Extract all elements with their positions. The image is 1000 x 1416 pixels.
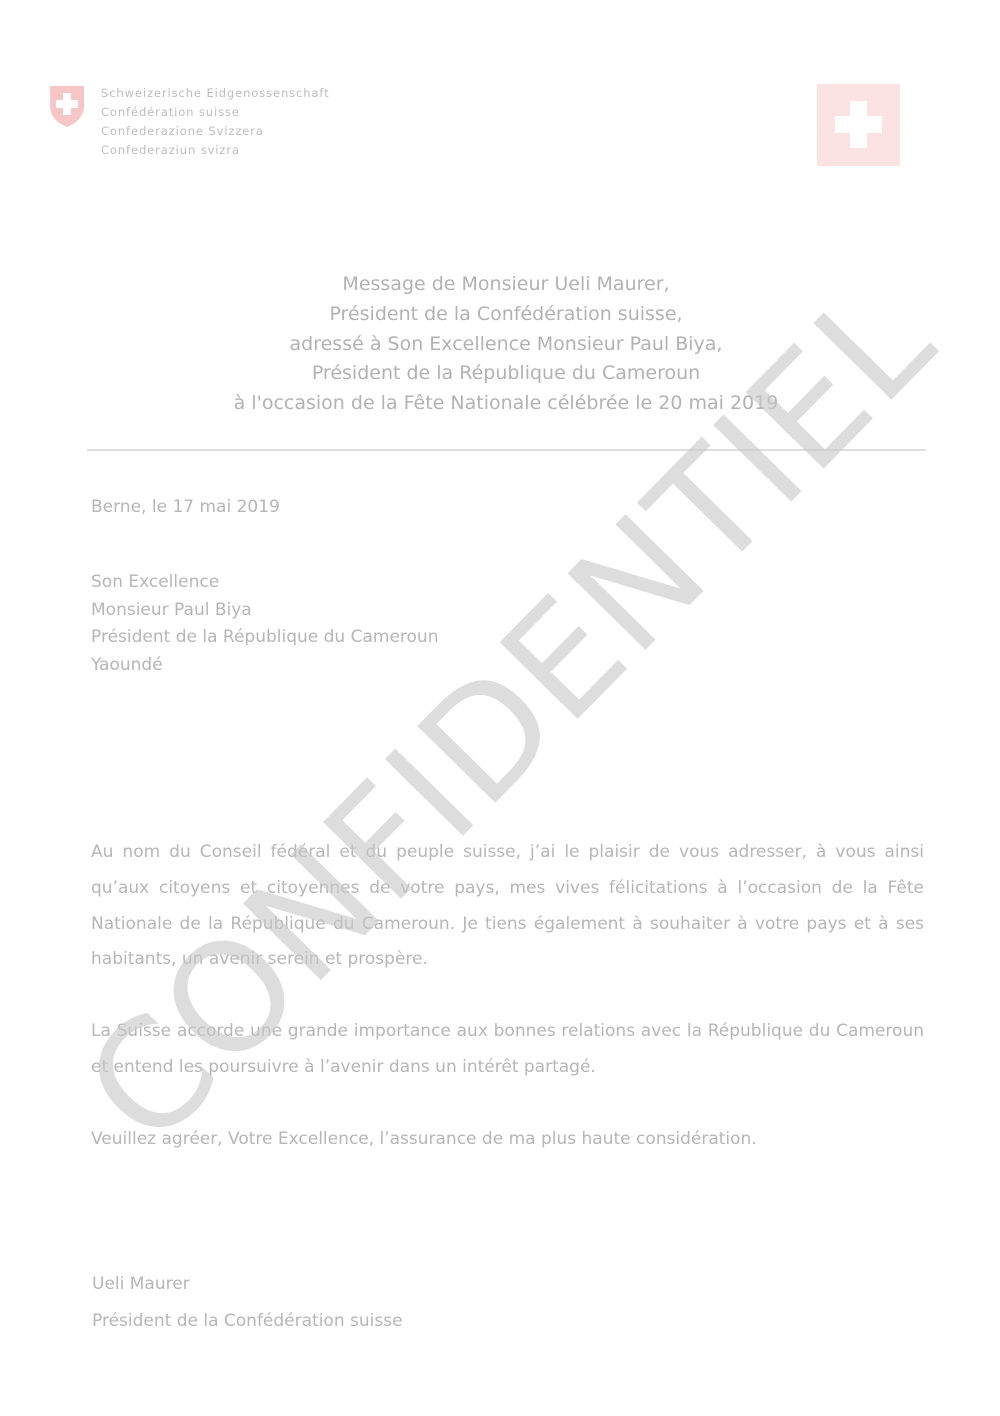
recipient-line: Monsieur Paul Biya — [91, 597, 438, 625]
signatory-title: Président de la Confédération suisse — [92, 1303, 403, 1340]
agency-line-rm: Confederaziun svizra — [101, 141, 330, 160]
agency-line-it: Confederazione Svizzera — [101, 122, 330, 141]
recipient-line: Yaoundé — [91, 652, 438, 680]
body-paragraph: Veuillez agréer, Votre Excellence, l’ass… — [91, 1122, 924, 1158]
divider — [87, 449, 926, 451]
title-line: Président de la République du Cameroun — [0, 359, 1000, 389]
title-line: Message de Monsieur Ueli Maurer, — [0, 270, 1000, 300]
agency-line-de: Schweizerische Eidgenossenschaft — [101, 84, 330, 103]
agency-line-fr: Confédération suisse — [101, 103, 330, 122]
body-paragraph: Au nom du Conseil fédéral et du peuple s… — [91, 835, 924, 978]
recipient-line: Président de la République du Cameroun — [91, 624, 438, 652]
swiss-shield-icon — [48, 84, 86, 128]
recipient-line: Son Excellence — [91, 569, 438, 597]
document-title: Message de Monsieur Ueli Maurer, Préside… — [0, 270, 1000, 419]
title-line: à l'occasion de la Fête Nationale célébr… — [0, 389, 1000, 419]
title-line: adressé à Son Excellence Monsieur Paul B… — [0, 330, 1000, 360]
recipient-address: Son Excellence Monsieur Paul Biya Présid… — [91, 569, 438, 680]
signatory-name: Ueli Maurer — [92, 1266, 403, 1303]
swiss-flag-icon — [817, 84, 900, 166]
date-line: Berne, le 17 mai 2019 — [91, 497, 280, 517]
agency-name-block: Schweizerische Eidgenossenschaft Confédé… — [101, 84, 330, 160]
title-line: Président de la Confédération suisse, — [0, 300, 1000, 330]
signature-block: Ueli Maurer Président de la Confédératio… — [92, 1266, 403, 1339]
body-paragraph: La Suisse accorde une grande importance … — [91, 1014, 924, 1086]
